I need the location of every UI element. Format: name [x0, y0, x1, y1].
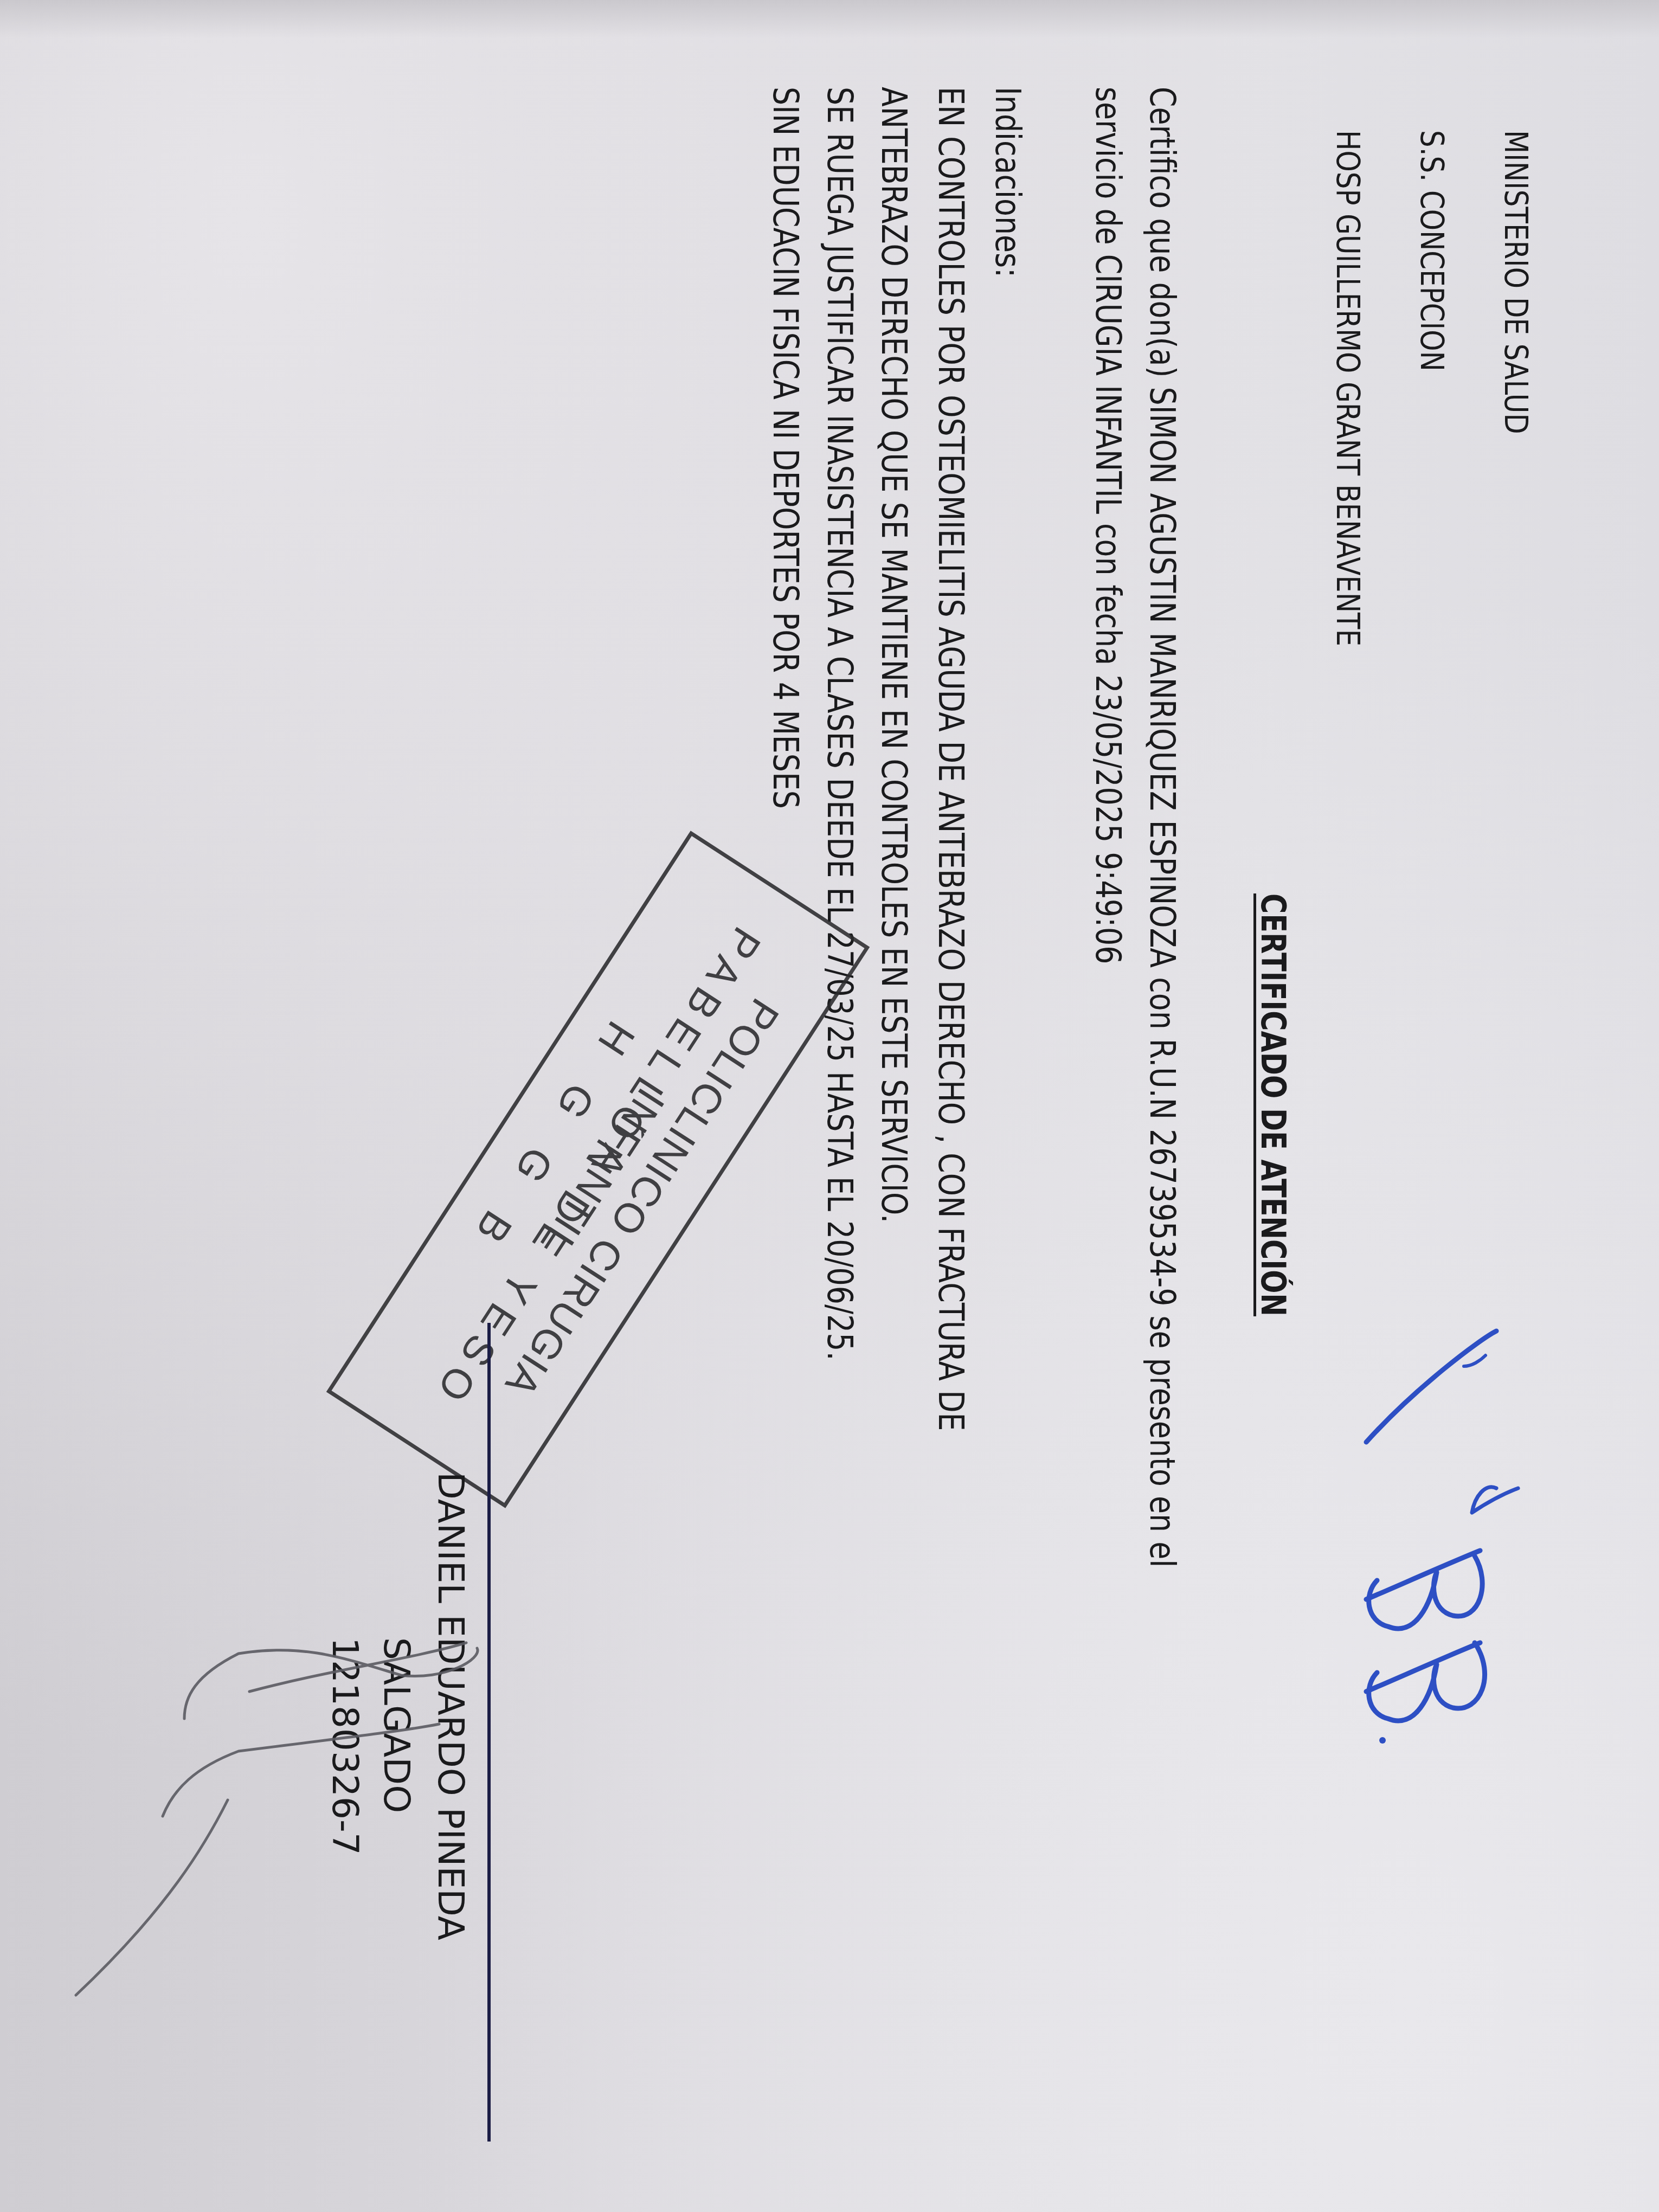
header-ministry: MINISTERIO DE SALUD: [1497, 130, 1534, 434]
clinic-stamp: POLICLINICO CIRUGIA INFANTIL PABELLÓN DE…: [326, 831, 870, 1508]
header-hospital: HOSP GUILLERMO GRANT BENAVENTE: [1329, 130, 1366, 646]
indications-label: Indicaciones:: [987, 87, 1027, 278]
stamp-line-2: PABELLÓN DE YESO: [396, 878, 796, 1459]
signatory-name: DANIEL EDUARDO PINEDA: [430, 1472, 472, 1940]
certificate-title: CERTIFICADO DE ATENCIÓN: [1253, 893, 1293, 1316]
signatory-surname: SALGADO: [376, 1637, 417, 1813]
indication-line: SIN EDUCACIN FISICA NI DEPORTES POR 4 ME…: [765, 87, 805, 809]
certificate-sheet: MINISTERIO DE SALUD S.S. CONCEPCION HOSP…: [0, 0, 1659, 2212]
certification-line-1: Certifico que don(a) SIMON AGUSTIN MANRI…: [1142, 87, 1182, 1567]
indication-line: SE RUEGA JUSTIFICAR INASISTENCIA A CLASE…: [819, 87, 859, 1361]
indication-line: ANTEBRAZO DERECHO QUE SE MANTIENE EN CON…: [873, 87, 914, 1223]
signature-line: [487, 1323, 491, 2142]
handwritten-note-1bb: [1366, 1331, 1518, 1744]
certification-line-2: servicio de CIRUGIA INFANTIL con fecha 2…: [1088, 87, 1128, 964]
indication-line: EN CONTROLES POR OSTEOMIELITIS AGUDA DE …: [930, 87, 970, 1431]
header-health-service: S.S. CONCEPCION: [1413, 130, 1450, 371]
document-photo: MINISTERIO DE SALUD S.S. CONCEPCION HOSP…: [0, 0, 1659, 2212]
signatory-id: 12180326-7: [324, 1637, 366, 1855]
